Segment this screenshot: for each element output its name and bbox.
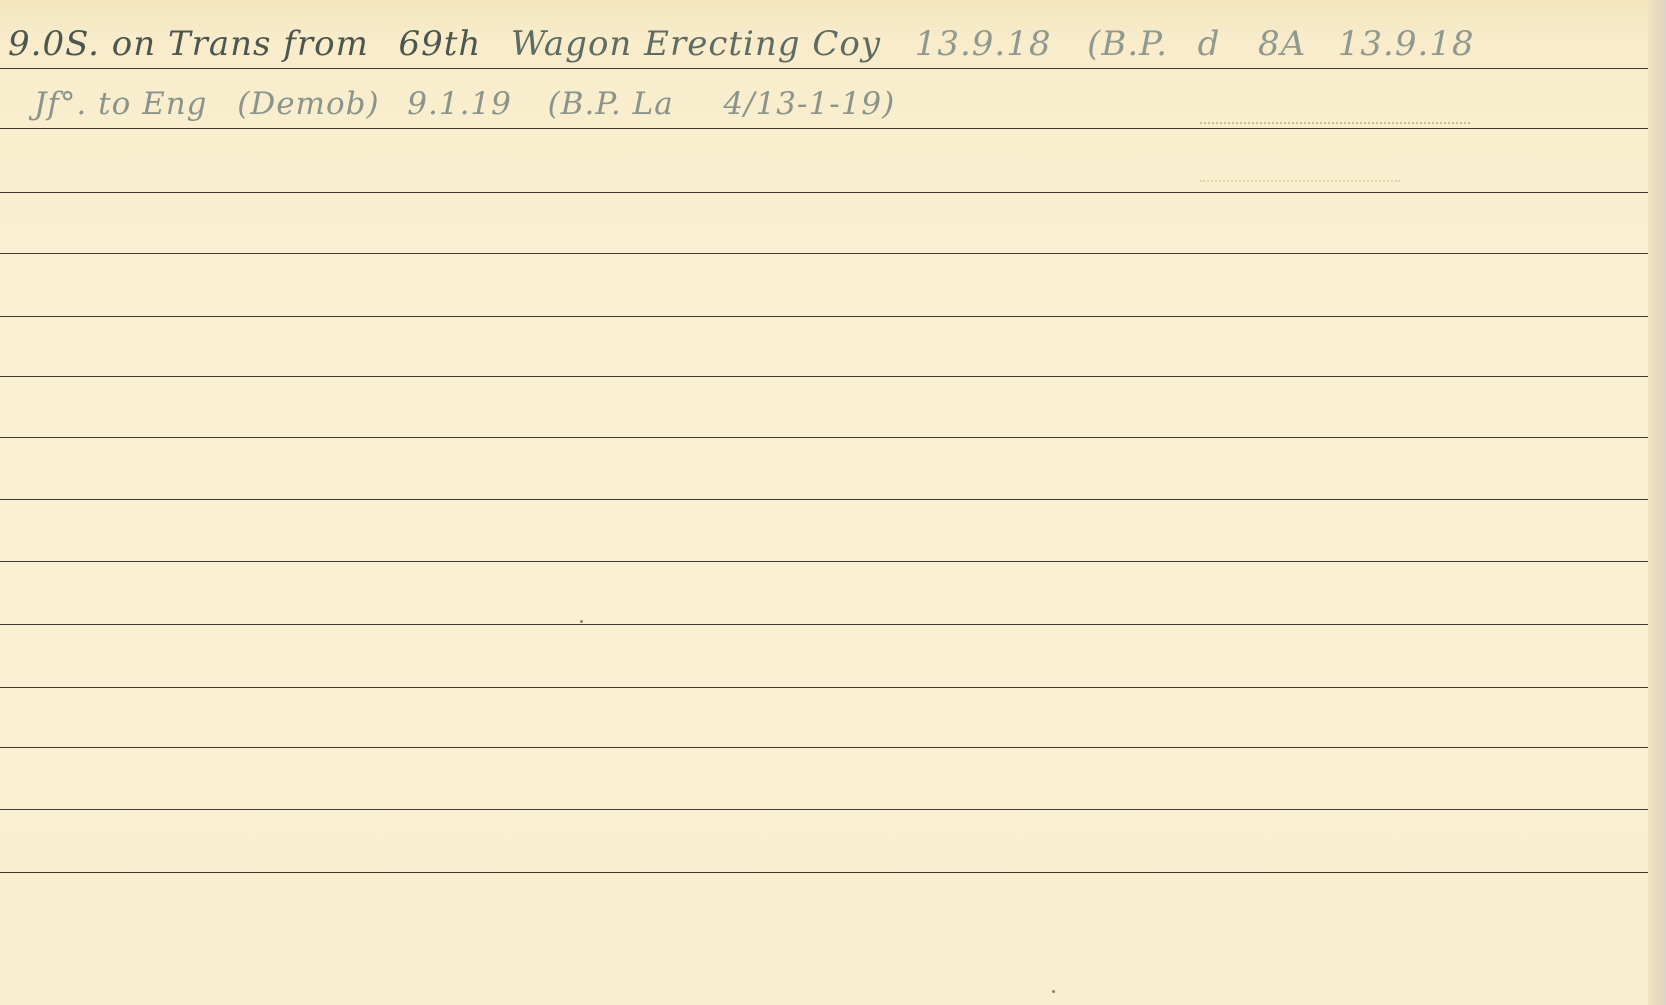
- entry-2-reason: (Demob): [237, 86, 379, 122]
- ruled-line: [0, 687, 1652, 688]
- entry-2-text: Jf°. to Eng: [34, 86, 208, 122]
- ruled-line: [0, 376, 1652, 377]
- handwritten-entry-1: 9.0S. on Trans from 69th Wagon Erecting …: [8, 24, 1475, 64]
- index-card: 9.0S. on Trans from 69th Wagon Erecting …: [0, 0, 1656, 1005]
- card-right-edge: [1648, 0, 1666, 1005]
- ruled-line: [0, 253, 1652, 254]
- ruled-line: [0, 872, 1652, 873]
- ruled-line: [0, 192, 1652, 193]
- ruled-line: [0, 624, 1652, 625]
- entry-2-reference-date: 4/13-1-19): [723, 86, 895, 122]
- entry-1-unit-number: 69th: [398, 24, 481, 64]
- entry-1-reference: (B.P.: [1087, 24, 1168, 64]
- entry-1-reference-code: 8A: [1258, 24, 1306, 64]
- entry-1-reference-date: 13.9.18: [1338, 24, 1475, 64]
- ruled-line: [0, 437, 1652, 438]
- handwritten-entry-2: Jf°. to Eng (Demob) 9.1.19 (B.P. La 4/13…: [34, 86, 895, 122]
- entry-1-unit-name: Wagon Erecting Coy: [511, 24, 881, 64]
- faint-dotted-mark: [1200, 180, 1400, 182]
- paper-speck: [580, 620, 583, 623]
- paper-speck: [1052, 990, 1055, 993]
- entry-1-reference-suffix: d: [1198, 24, 1221, 64]
- ruled-line: [0, 561, 1652, 562]
- ruled-line: [0, 809, 1652, 810]
- entry-1-text: 9.0S. on Trans from: [8, 24, 369, 64]
- ruled-line: [0, 128, 1652, 129]
- entry-1-date: 13.9.18: [915, 24, 1052, 64]
- entry-2-reference: (B.P. La: [548, 86, 674, 122]
- entry-2-date: 9.1.19: [407, 86, 512, 122]
- ruled-line: [0, 499, 1652, 500]
- faint-dotted-mark: [1200, 122, 1470, 124]
- ruled-line: [0, 68, 1652, 69]
- ruled-line: [0, 747, 1652, 748]
- ruled-line: [0, 316, 1652, 317]
